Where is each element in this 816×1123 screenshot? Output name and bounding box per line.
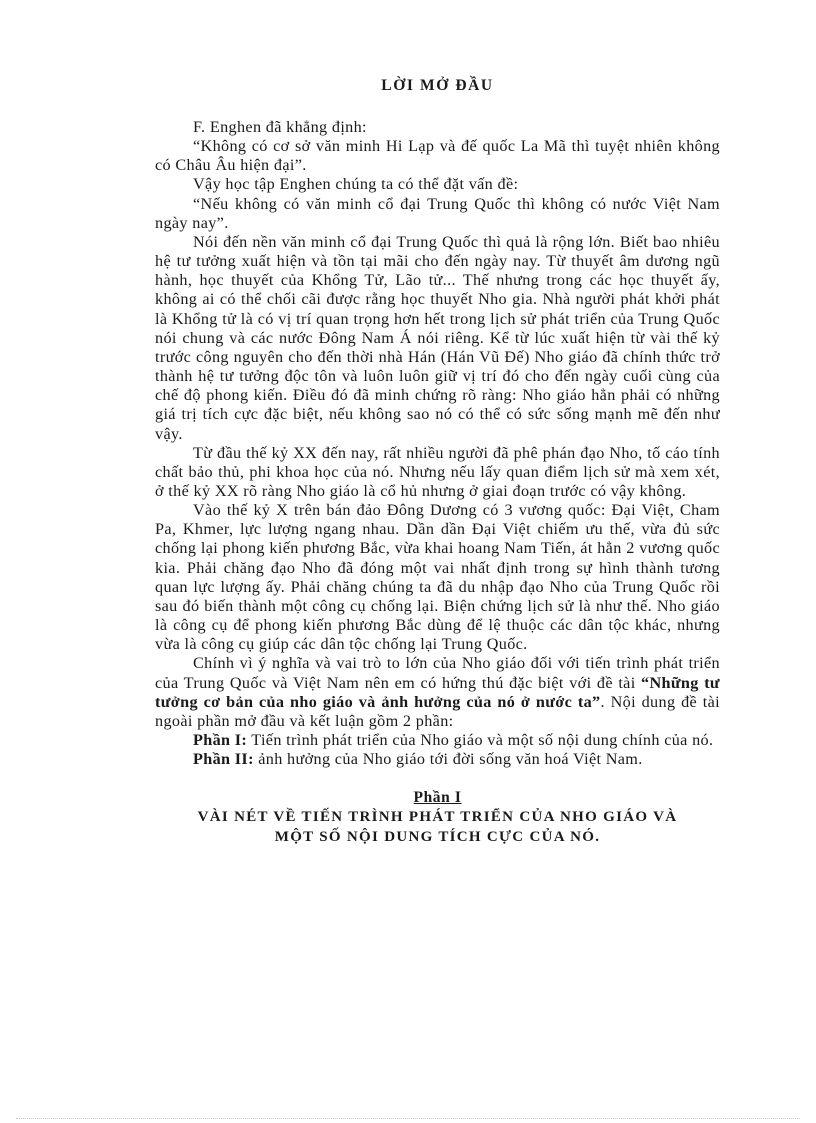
section-label: Phần I [414,789,462,806]
section-heading: Phần I VÀI NÉT VỀ TIẾN TRÌNH PHÁT TRIỂN … [155,788,720,847]
paragraph-topic: Chính vì ý nghĩa và vai trò to lớn của N… [155,654,720,731]
paragraph-20th-century: Từ đầu thế kỷ XX đến nay, rất nhiều ngườ… [155,444,720,501]
section-title-line-1: VÀI NÉT VỀ TIẾN TRÌNH PHÁT TRIỂN CỦA NHO… [155,807,720,827]
paragraph-chinese-civilization: Nói đến nền văn minh cổ đại Trung Quốc t… [155,233,720,444]
paragraph-quote-intro: F. Enghen đã khẳng định: [155,118,720,137]
paragraph-problem-quote: “Nếu không có văn minh cổ đại Trung Quốc… [155,195,720,233]
paragraph-10th-century: Vào thế kỷ X trên bán đảo Đông Dương có … [155,501,720,654]
part-1-label: Phần I: [193,731,247,749]
page-bottom-dotted-rule [16,1118,800,1119]
part-2-label: Phần II: [193,750,254,768]
part-1-item: Phần I: Tiến trình phát triển của Nho gi… [155,731,720,750]
part-2-item: Phần II: ảnh hưởng của Nho giáo tới đời … [155,750,720,769]
paragraph-problem-intro: Vậy học tập Enghen chúng ta có thể đặt v… [155,175,720,194]
page-title: LỜI MỞ ĐẦU [155,76,720,95]
section-title-line-2: MỘT SỐ NỘI DUNG TÍCH CỰC CỦA NÓ. [155,827,720,847]
part-2-text: ảnh hưởng của Nho giáo tới đời sống văn … [254,750,643,768]
part-1-text: Tiến trình phát triển của Nho giáo và mộ… [247,731,713,749]
document-page: LỜI MỞ ĐẦU F. Enghen đã khẳng định: “Khô… [155,76,720,847]
paragraph-engels-quote: “Không có cơ sở văn minh Hi Lạp và đế qu… [155,137,720,175]
topic-text-before: Chính vì ý nghĩa và vai trò to lớn của N… [155,654,720,691]
